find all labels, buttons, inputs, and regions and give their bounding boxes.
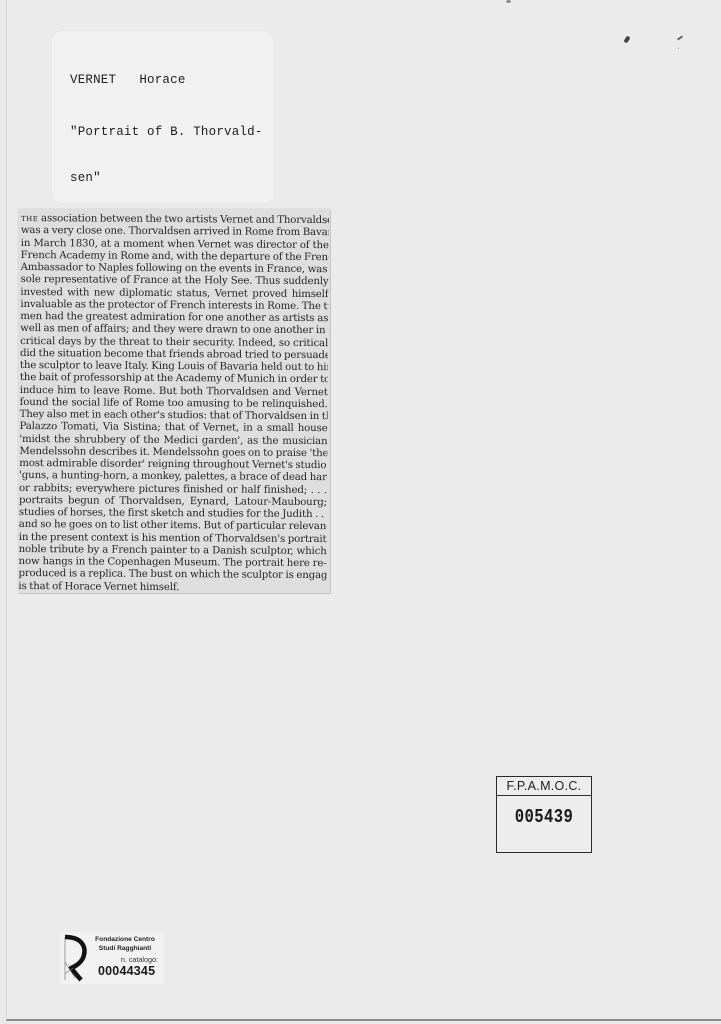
typed-label-card: VERNET Horace "Portrait of B. Thorvald- … <box>52 31 274 203</box>
artist-first-name: Horace <box>139 73 185 87</box>
paper-speck <box>506 0 511 3</box>
catalog-number: 00044345 <box>98 964 155 978</box>
stamp-number: 005439 <box>505 806 582 828</box>
pencil-mark <box>678 48 679 49</box>
clipping-paragraph: the association between the two artists … <box>18 213 329 595</box>
catalog-number-label: n. catalogo: <box>121 955 158 964</box>
clipping-line: is that of Horace Vernet himself. <box>18 580 326 594</box>
artist-surname: VERNET <box>70 73 116 87</box>
title-line-2: sen" <box>70 171 263 187</box>
stamp-header: F.P.A.M.O.C. <box>497 777 591 796</box>
org-line-1: Fondazione Centro <box>90 935 160 944</box>
catalog-organization: Fondazione Centro Studi Ragghianti <box>90 935 160 953</box>
catalog-sticker: Fondazione Centro Studi Ragghianti n. ca… <box>60 932 164 984</box>
fpamoc-stamp: F.P.A.M.O.C. 005439 <box>496 776 592 853</box>
printed-text-clipping: the association between the two artists … <box>18 209 330 593</box>
org-line-2: Studi Ragghianti <box>90 944 160 953</box>
lead-word: the <box>21 213 38 224</box>
artist-line: VERNET Horace <box>70 73 263 89</box>
title-line-1: "Portrait of B. Thorvald- <box>70 125 263 141</box>
ragghianti-logo-icon <box>63 934 87 982</box>
